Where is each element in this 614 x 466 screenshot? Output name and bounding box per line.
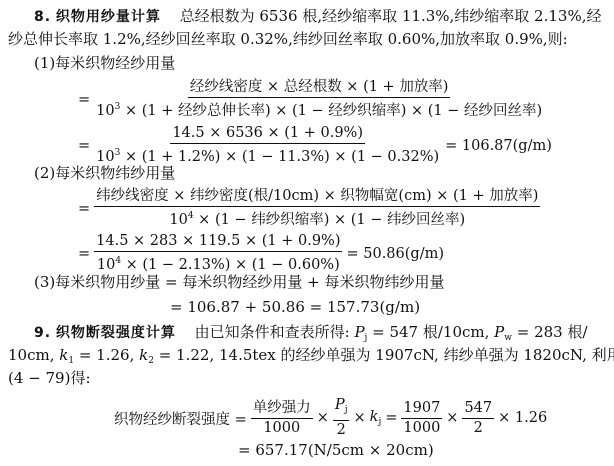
section8-intro-line1: 8. 织物用纱量计算 总经根数为 6536 根,经纱缩率取 11.3%,纬纱缩率… (34, 6, 601, 27)
section9-result: = 657.17(N/5cm × 20cm) (238, 440, 434, 460)
section9-formula: 织物经纱断裂强度 = 单纱强力 1000 × Pj 2 × kj = 1907 … (112, 396, 549, 440)
part3-heading: (3)每米织物用纱量 = 每米织物经纱用量 + 每米织物纬纱用量 (34, 272, 444, 292)
fraction-yarn-strength: 单纱强力 1000 (251, 399, 313, 438)
part2-result: = 50.86(g/m) (346, 246, 444, 262)
formula-lhs: 织物经纱断裂强度 = (114, 408, 247, 429)
part2-formula: = 纬纱线密度 × 纬纱密度(根/10cm) × 织物幅宽(cm) × (1 +… (76, 187, 542, 230)
part2-calc: = 14.5 × 283 × 119.5 × (1 + 0.9%) 104 × … (76, 232, 446, 275)
section8-intro-line2: 纱总伸长率取 1.2%,经纱回丝率取 0.32%,纬纱回丝率取 0.60%,加放… (8, 29, 568, 49)
fraction-547: 547 2 (462, 399, 494, 438)
fraction-numerator: 14.5 × 283 × 119.5 × (1 + 0.9%) (94, 232, 342, 252)
part2-heading: (2)每米织物纬纱用量 (34, 163, 175, 183)
section9-intro-line2: 10cm, k1 = 1.26, k2 = 1.22, 14.5tex 的经纱单… (8, 345, 614, 371)
section9-intro-line3: (4 − 79)得: (8, 368, 91, 388)
fraction-numerator: 经纱线密度 × 总经根数 × (1 + 加放率) (188, 78, 451, 98)
section9-title: 织物断裂强度计算 (56, 325, 176, 341)
fraction-numerator: 纬纱线密度 × 纬纱密度(根/10cm) × 织物幅宽(cm) × (1 + 加… (94, 187, 540, 207)
fraction-1907: 1907 1000 (401, 399, 442, 438)
section9-number: 9. (34, 325, 51, 341)
part2-calc-fraction: 14.5 × 283 × 119.5 × (1 + 0.9%) 104 × (1… (94, 232, 342, 275)
fraction-denominator: 104 × (1 − 纬纱织缩率) × (1 − 纬纱回丝率) (167, 207, 467, 230)
part3-result: = 106.87 + 50.86 = 157.73(g/m) (170, 297, 420, 317)
section8-number: 8. (34, 9, 51, 25)
fraction-pj: Pj 2 (333, 396, 350, 440)
part1-formula-fraction: 经纱线密度 × 总经根数 × (1 + 加放率) 103 × (1 + 经纱总伸… (94, 78, 544, 121)
part1-calc: = 14.5 × 6536 × (1 + 0.9%) 103 × (1 + 1.… (76, 124, 554, 167)
fraction-denominator: 103 × (1 + 经纱总伸长率) × (1 − 经纱织缩率) × (1 − … (94, 98, 544, 121)
part1-formula: = 经纱线密度 × 总经根数 × (1 + 加放率) 103 × (1 + 经纱… (76, 78, 546, 121)
fraction-numerator: 14.5 × 6536 × (1 + 0.9%) (170, 124, 365, 144)
section8-intro-text1: 总经根数为 6536 根,经纱缩率取 11.3%,纬纱缩率取 2.13%,经 (180, 7, 602, 25)
part1-calc-fraction: 14.5 × 6536 × (1 + 0.9%) 103 × (1 + 1.2%… (94, 124, 441, 167)
part2-formula-fraction: 纬纱线密度 × 纬纱密度(根/10cm) × 织物幅宽(cm) × (1 + 加… (94, 187, 540, 230)
part1-heading: (1)每米织物经纱用量 (34, 53, 175, 73)
part1-result: = 106.87(g/m) (445, 138, 552, 154)
section8-title: 织物用纱量计算 (56, 9, 161, 25)
